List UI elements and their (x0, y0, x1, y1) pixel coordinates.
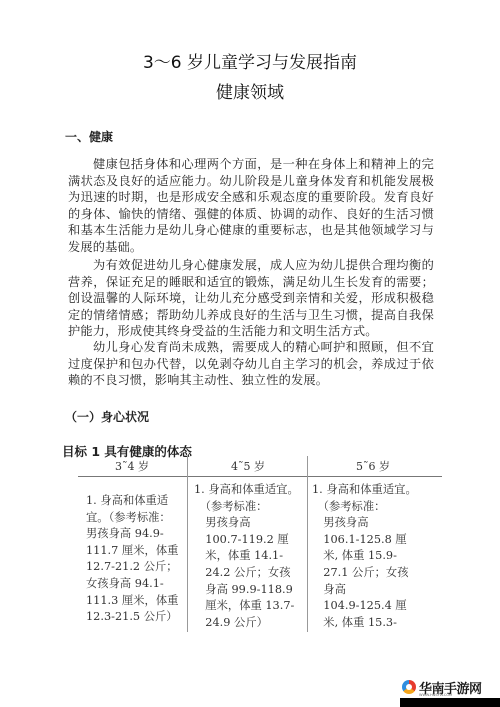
table-header-3-4: 3˜4 岁 (78, 458, 186, 474)
table-header-4-5: 4˜5 岁 (188, 458, 308, 474)
paragraph-2: 为有效促进幼儿身心健康发展，成人应为幼儿提供合理均衡的营养，保证充足的睡眠和适宜… (68, 257, 434, 340)
watermark-url: WWW.HNSYW.COM (419, 693, 452, 697)
goal-table: 3˜4 岁 4˜5 岁 5˜6 岁 1. 身高和体重适 宜。（参考标准： 男孩身… (78, 456, 442, 632)
document-title: 3～6 岁儿童学习与发展指南 (0, 48, 500, 73)
paragraph-1: 健康包括身体和心理两个方面，是一种在身体上和精神上的完满状态及良好的适应能力。幼… (68, 156, 434, 256)
table-cell-5-6: 1. 身高和体重适宜。 （参考标准： 男孩身高 106.1-125.8 厘 米,… (312, 482, 440, 631)
table-header-5-6: 5˜6 岁 (308, 458, 438, 474)
document-subtitle: 健康领域 (0, 78, 500, 103)
watermark: 华南手游网 WWW.HNSYW.COM (400, 678, 500, 707)
section-heading: 一、健康 (65, 128, 113, 145)
subsection-heading: （一）身心状况 (65, 408, 149, 425)
column-divider (307, 456, 308, 632)
column-divider (187, 456, 188, 632)
table-header-divider (78, 476, 442, 477)
paragraph-3: 幼儿身心发育尚未成熟，需要成人的精心呵护和照顾，但不宜过度保护和包办代替，以免剥… (68, 339, 434, 389)
table-cell-3-4: 1. 身高和体重适 宜。（参考标准： 男孩身高 94.9- 111.7 厘米，体… (86, 493, 186, 626)
table-cell-4-5: 1. 身高和体重适宜。 （参考标准： 男孩身高 100.7-119.2 厘 米，… (194, 482, 306, 631)
watermark-logo-icon (402, 680, 416, 694)
